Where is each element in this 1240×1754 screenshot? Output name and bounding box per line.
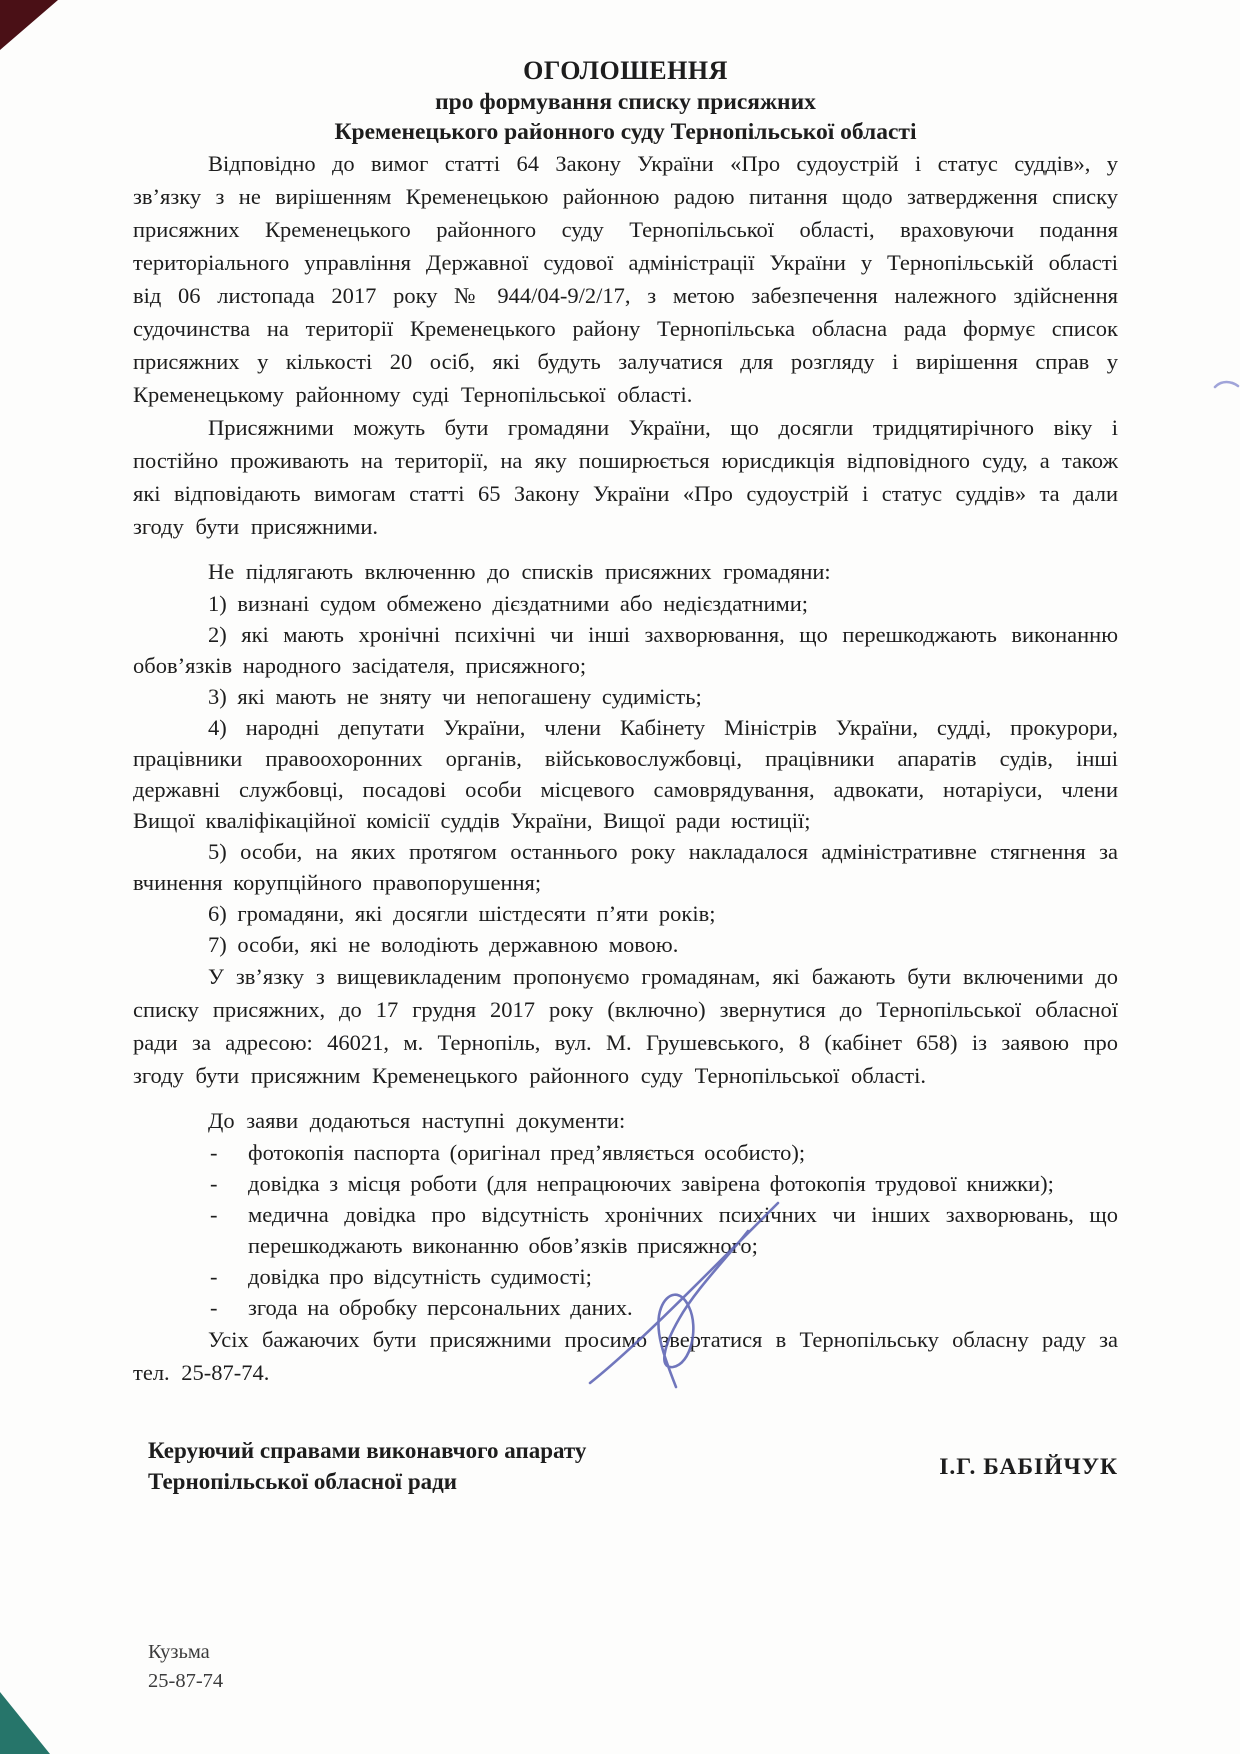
exclusions-intro: Не підлягають включенню до списків прися… [133,555,1118,588]
title-line-1: ОГОЛОШЕННЯ [133,55,1118,87]
paragraph-eligibility: Присяжними можуть бути громадяни України… [133,411,1118,543]
document-item-1: -фотокопія паспорта (оригінал пред’являє… [248,1137,1118,1168]
documents-intro: До заяви додаються наступні документи: [133,1104,1118,1137]
paragraph-application-info: У зв’язку з вищевикладеним пропонуємо гр… [133,960,1118,1092]
signatory-name: І.Г. БАБІЙЧУК [939,1452,1118,1497]
title-line-2: про формування списку присяжних [133,87,1118,117]
document-item-text: довідка з місця роботи (для непрацюючих … [248,1171,1054,1196]
document-item-text: довідка про відсутність судимості; [248,1264,592,1289]
footer-contact: Кузьма 25-87-74 [148,1638,223,1696]
title-line-3: Кременецького районного суду Тернопільсь… [133,117,1118,147]
exclusion-item-4: 4) народні депутати України, члени Кабін… [133,712,1118,836]
signatory-title: Керуючий справами виконавчого апарату Те… [148,1435,586,1497]
corner-scan-artifact-top-left [0,0,58,50]
documents-list: -фотокопія паспорта (оригінал пред’являє… [133,1137,1118,1323]
document-item-text: фотокопія паспорта (оригінал пред’являєт… [248,1140,805,1165]
dash-bullet: - [210,1261,218,1292]
dash-bullet: - [210,1137,218,1168]
dash-bullet: - [210,1168,218,1199]
document-title: ОГОЛОШЕННЯ про формування списку присяжн… [133,55,1118,147]
signatory-title-line-1: Керуючий справами виконавчого апарату [148,1435,586,1466]
exclusion-item-7: 7) особи, які не володіють державною мов… [133,929,1118,960]
document-item-3: -медична довідка про відсутність хронічн… [248,1199,1118,1261]
signatory-title-line-2: Тернопільської обласної ради [148,1466,586,1497]
dash-bullet: - [210,1292,218,1323]
exclusion-item-2: 2) які мають хронічні психічні чи інші з… [133,619,1118,681]
footer-contact-name: Кузьма [148,1638,223,1667]
dash-bullet: - [210,1199,218,1230]
signature-block: Керуючий справами виконавчого апарату Те… [148,1435,1118,1497]
exclusion-item-5: 5) особи, на яких протягом останнього ро… [133,836,1118,898]
paragraph-legal-basis: Відповідно до вимог статті 64 Закону Укр… [133,147,1118,411]
document-content: ОГОЛОШЕННЯ про формування списку присяжн… [0,0,1240,1754]
edge-pen-mark [1213,376,1240,393]
document-item-5: -згода на обробку персональних даних. [248,1292,1118,1323]
document-item-text: згода на обробку персональних даних. [248,1295,633,1320]
paragraph-contact-note: Усіх бажаючих бути присяжними просимо зв… [133,1323,1118,1389]
exclusion-item-3: 3) які мають не зняту чи непогашену суди… [133,681,1118,712]
document-item-4: -довідка про відсутність судимості; [248,1261,1118,1292]
scanned-document-page: ОГОЛОШЕННЯ про формування списку присяжн… [0,0,1240,1754]
corner-scan-artifact-bottom-left [0,1692,50,1754]
footer-contact-phone: 25-87-74 [148,1667,223,1696]
document-item-text: медична довідка про відсутність хронічни… [248,1202,1118,1258]
exclusion-item-6: 6) громадяни, які досягли шістдесяти п’я… [133,898,1118,929]
exclusion-item-1: 1) визнані судом обмежено дієздатними аб… [133,588,1118,619]
exclusions-list: 1) визнані судом обмежено дієздатними аб… [133,588,1118,960]
document-item-2: -довідка з місця роботи (для непрацюючих… [248,1168,1118,1199]
